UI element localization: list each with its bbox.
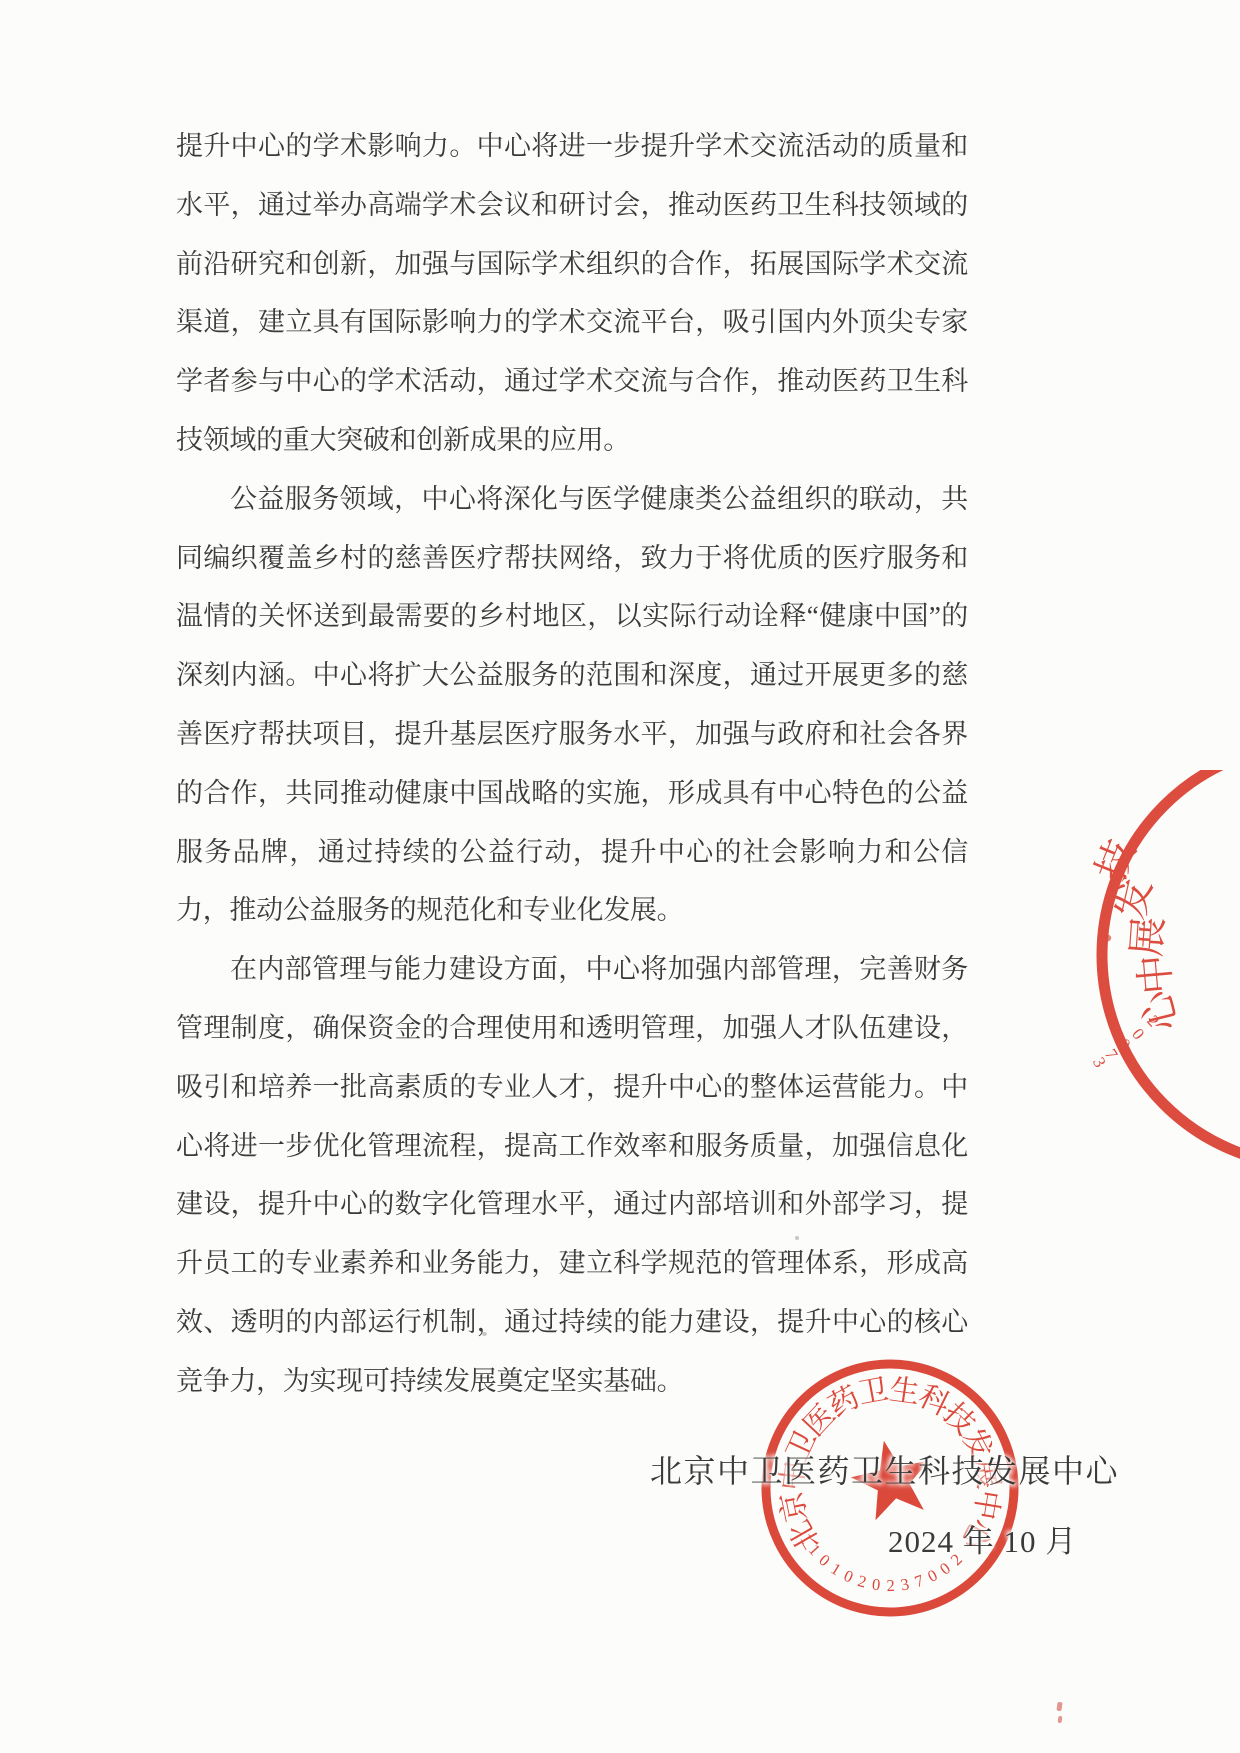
official-seal-partial-right: 技 发 展 中 心 3 7 0 0 2 — [1070, 770, 1240, 1190]
red-ink-smudge — [1056, 1702, 1062, 1712]
document-page: 提升中心的学术影响力。中心将进一步提升学术交流活动的质量和水平，通过举办高端学术… — [0, 0, 1240, 1753]
paragraph-academic-influence: 提升中心的学术影响力。中心将进一步提升学术交流活动的质量和水平，通过举办高端学术… — [176, 117, 968, 470]
svg-text:展: 展 — [1124, 915, 1172, 958]
body-text-block: 提升中心的学术影响力。中心将进一步提升学术交流活动的质量和水平，通过举办高端学术… — [176, 117, 968, 1411]
signature-date: 2024 年 10 月 — [888, 1516, 1077, 1561]
scan-speck — [482, 1332, 487, 1336]
seal-ink-dot — [1105, 935, 1111, 941]
scan-speck — [795, 1236, 799, 1240]
paragraph-public-welfare: 公益服务领域，中心将深化与医学健康类公益组织的联动，共同编织覆盖乡村的慈善医疗帮… — [176, 470, 968, 940]
red-ink-smudge — [1058, 1716, 1063, 1723]
signature-org: 北京中卫医药卫生科技发展中心 — [650, 1446, 1119, 1492]
